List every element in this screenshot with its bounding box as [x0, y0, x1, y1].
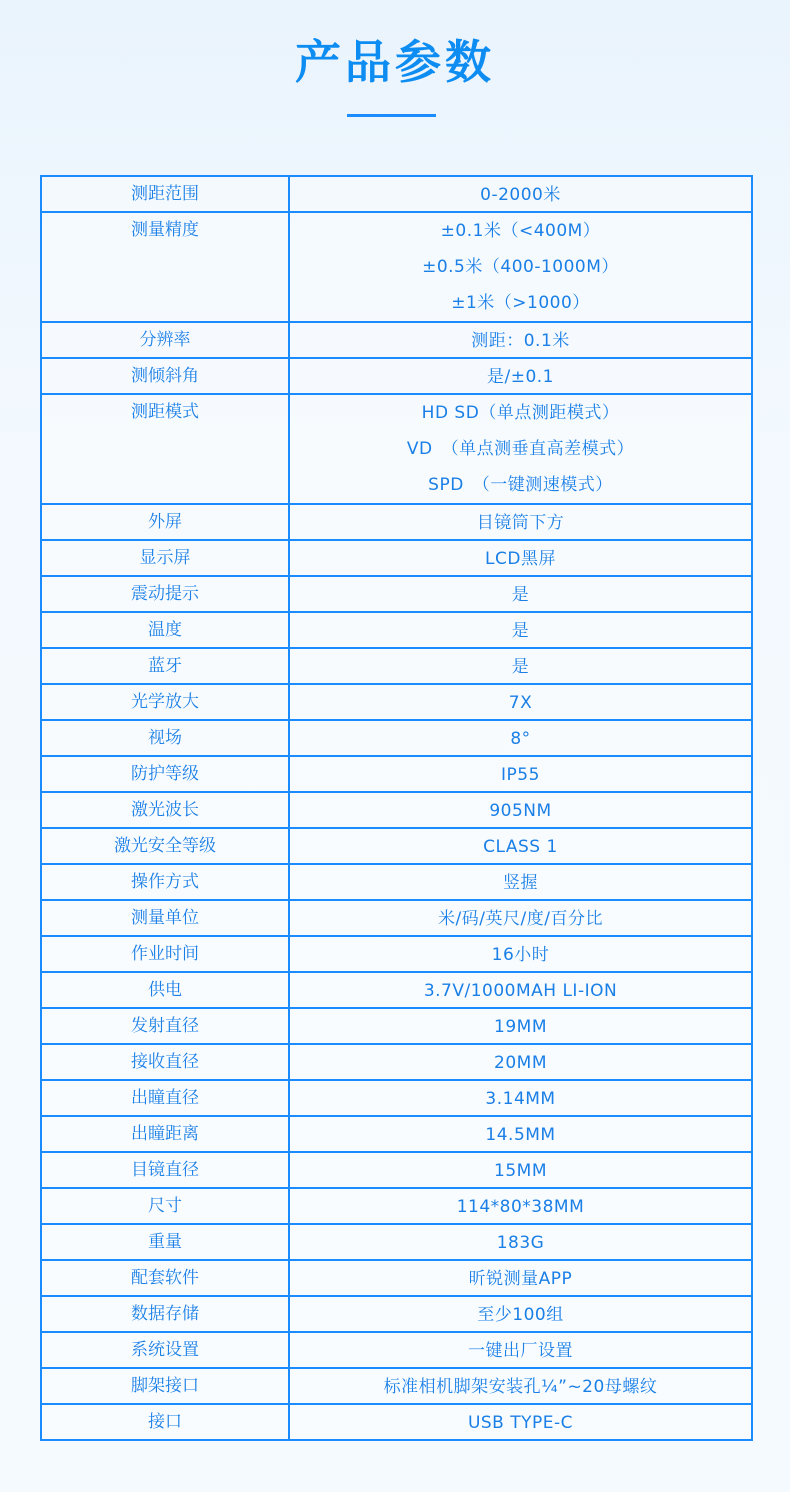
spec-row: 供电3.7V/1000MAH LI-ION: [42, 971, 751, 1007]
spec-value-line: ±0.1米（<400M）: [290, 213, 751, 249]
spec-value: 是: [290, 613, 751, 647]
spec-label: 激光波长: [42, 793, 290, 827]
spec-row: 激光安全等级CLASS 1: [42, 827, 751, 863]
spec-value-line: USB TYPE-C: [290, 1405, 751, 1441]
spec-value-line: LCD黑屏: [290, 541, 751, 577]
spec-value-line: 20MM: [290, 1045, 751, 1081]
spec-label: 测距模式: [42, 395, 290, 503]
spec-label: 震动提示: [42, 577, 290, 611]
spec-row: 出瞳直径3.14MM: [42, 1079, 751, 1115]
spec-row: 接收直径20MM: [42, 1043, 751, 1079]
spec-value-line: HD SD（单点测距模式）: [290, 395, 751, 431]
spec-value-line: 是: [290, 649, 751, 685]
spec-value-line: 905NM: [290, 793, 751, 829]
spec-row: 蓝牙是: [42, 647, 751, 683]
spec-value-line: 竖握: [290, 865, 751, 901]
spec-value: 昕锐测量APP: [290, 1261, 751, 1295]
spec-value-line: 15MM: [290, 1153, 751, 1189]
spec-row: 操作方式竖握: [42, 863, 751, 899]
spec-row: 测倾斜角是/±0.1: [42, 357, 751, 393]
spec-value: IP55: [290, 757, 751, 791]
spec-value: LCD黑屏: [290, 541, 751, 575]
spec-row: 重量183G: [42, 1223, 751, 1259]
spec-value-line: 8°: [290, 721, 751, 757]
spec-label: 温度: [42, 613, 290, 647]
spec-label: 视场: [42, 721, 290, 755]
spec-value: 7X: [290, 685, 751, 719]
spec-value-line: 114*80*38MM: [290, 1189, 751, 1225]
spec-value: 905NM: [290, 793, 751, 827]
spec-label: 光学放大: [42, 685, 290, 719]
spec-value-line: VD （单点测垂直高差模式）: [290, 431, 751, 467]
spec-value-line: 昕锐测量APP: [290, 1261, 751, 1297]
spec-row: 显示屏LCD黑屏: [42, 539, 751, 575]
spec-label: 发射直径: [42, 1009, 290, 1043]
spec-value: 是: [290, 577, 751, 611]
spec-label: 目镜直径: [42, 1153, 290, 1187]
spec-label: 接收直径: [42, 1045, 290, 1079]
spec-value: 目镜筒下方: [290, 505, 751, 539]
spec-row: 激光波长905NM: [42, 791, 751, 827]
spec-value: CLASS 1: [290, 829, 751, 863]
spec-value-line: 目镜筒下方: [290, 505, 751, 541]
spec-value: 0-2000米: [290, 177, 751, 211]
spec-row: 作业时间16小时: [42, 935, 751, 971]
spec-label: 尺寸: [42, 1189, 290, 1223]
spec-row: 脚架接口标准相机脚架安装孔¼”~20母螺纹: [42, 1367, 751, 1403]
spec-value: 3.14MM: [290, 1081, 751, 1115]
spec-value-line: 0-2000米: [290, 177, 751, 213]
spec-label: 防护等级: [42, 757, 290, 791]
spec-value-line: 是: [290, 577, 751, 613]
spec-value: 是: [290, 649, 751, 683]
spec-value: 8°: [290, 721, 751, 755]
spec-row: 测量单位米/码/英尺/度/百分比: [42, 899, 751, 935]
spec-row: 测距范围0-2000米: [42, 177, 751, 211]
spec-label: 接口: [42, 1405, 290, 1439]
spec-label: 作业时间: [42, 937, 290, 971]
spec-row: 数据存储至少100组: [42, 1295, 751, 1331]
spec-value: 标准相机脚架安装孔¼”~20母螺纹: [290, 1369, 751, 1403]
spec-value: 3.7V/1000MAH LI-ION: [290, 973, 751, 1007]
spec-label: 分辨率: [42, 323, 290, 357]
spec-value-line: 183G: [290, 1225, 751, 1261]
spec-value: 19MM: [290, 1009, 751, 1043]
spec-value-line: 米/码/英尺/度/百分比: [290, 901, 751, 937]
spec-value-line: ±0.5米（400-1000M）: [290, 249, 751, 285]
spec-label: 测倾斜角: [42, 359, 290, 393]
spec-value: 114*80*38MM: [290, 1189, 751, 1223]
spec-value-line: 7X: [290, 685, 751, 721]
spec-label: 操作方式: [42, 865, 290, 899]
spec-label: 出瞳直径: [42, 1081, 290, 1115]
spec-row: 系统设置一键出厂设置: [42, 1331, 751, 1367]
spec-label: 重量: [42, 1225, 290, 1259]
spec-value-line: 是/±0.1: [290, 359, 751, 395]
spec-row: 目镜直径15MM: [42, 1151, 751, 1187]
spec-value-line: 标准相机脚架安装孔¼”~20母螺纹: [290, 1369, 751, 1405]
spec-value: 测距：0.1米: [290, 323, 751, 357]
spec-value-line: 测距：0.1米: [290, 323, 751, 359]
spec-value: 米/码/英尺/度/百分比: [290, 901, 751, 935]
spec-value-line: IP55: [290, 757, 751, 793]
spec-value-line: 至少100组: [290, 1297, 751, 1333]
spec-row: 出瞳距离14.5MM: [42, 1115, 751, 1151]
spec-value: 183G: [290, 1225, 751, 1259]
spec-label: 配套软件: [42, 1261, 290, 1295]
spec-row: 外屏目镜筒下方: [42, 503, 751, 539]
spec-value: USB TYPE-C: [290, 1405, 751, 1439]
spec-value: 16小时: [290, 937, 751, 971]
spec-label: 数据存储: [42, 1297, 290, 1331]
spec-value-line: 3.7V/1000MAH LI-ION: [290, 973, 751, 1009]
spec-label: 蓝牙: [42, 649, 290, 683]
spec-row: 防护等级IP55: [42, 755, 751, 791]
spec-value: ±0.1米（<400M）±0.5米（400-1000M）±1米（>1000）: [290, 213, 751, 321]
spec-label: 测量精度: [42, 213, 290, 321]
spec-value: 是/±0.1: [290, 359, 751, 393]
spec-label: 激光安全等级: [42, 829, 290, 863]
spec-value-line: 是: [290, 613, 751, 649]
page-title: 产品参数: [0, 30, 790, 94]
spec-label: 测距范围: [42, 177, 290, 211]
spec-value: HD SD（单点测距模式）VD （单点测垂直高差模式）SPD （一键测速模式）: [290, 395, 751, 503]
spec-value: 15MM: [290, 1153, 751, 1187]
spec-label: 外屏: [42, 505, 290, 539]
spec-row: 测距模式HD SD（单点测距模式）VD （单点测垂直高差模式）SPD （一键测速…: [42, 393, 751, 503]
spec-row: 分辨率测距：0.1米: [42, 321, 751, 357]
spec-label: 出瞳距离: [42, 1117, 290, 1151]
spec-row: 震动提示是: [42, 575, 751, 611]
spec-value-line: 19MM: [290, 1009, 751, 1045]
spec-value: 至少100组: [290, 1297, 751, 1331]
spec-value-line: SPD （一键测速模式）: [290, 467, 751, 503]
spec-row: 尺寸114*80*38MM: [42, 1187, 751, 1223]
spec-value: 竖握: [290, 865, 751, 899]
title-underline-divider: [347, 114, 436, 117]
spec-label: 测量单位: [42, 901, 290, 935]
spec-value-line: ±1米（>1000）: [290, 285, 751, 321]
spec-value: 20MM: [290, 1045, 751, 1079]
spec-row: 视场8°: [42, 719, 751, 755]
spec-row: 发射直径19MM: [42, 1007, 751, 1043]
spec-row: 接口USB TYPE-C: [42, 1403, 751, 1439]
spec-value-line: CLASS 1: [290, 829, 751, 865]
spec-table: 测距范围0-2000米测量精度±0.1米（<400M）±0.5米（400-100…: [40, 175, 753, 1441]
spec-value-line: 14.5MM: [290, 1117, 751, 1153]
spec-value-line: 16小时: [290, 937, 751, 973]
spec-label: 供电: [42, 973, 290, 1007]
spec-value-line: 3.14MM: [290, 1081, 751, 1117]
spec-value-line: 一键出厂设置: [290, 1333, 751, 1369]
spec-value: 一键出厂设置: [290, 1333, 751, 1367]
spec-row: 光学放大7X: [42, 683, 751, 719]
spec-label: 显示屏: [42, 541, 290, 575]
spec-label: 脚架接口: [42, 1369, 290, 1403]
spec-row: 配套软件昕锐测量APP: [42, 1259, 751, 1295]
spec-row: 温度是: [42, 611, 751, 647]
spec-value: 14.5MM: [290, 1117, 751, 1151]
spec-row: 测量精度±0.1米（<400M）±0.5米（400-1000M）±1米（>100…: [42, 211, 751, 321]
spec-label: 系统设置: [42, 1333, 290, 1367]
